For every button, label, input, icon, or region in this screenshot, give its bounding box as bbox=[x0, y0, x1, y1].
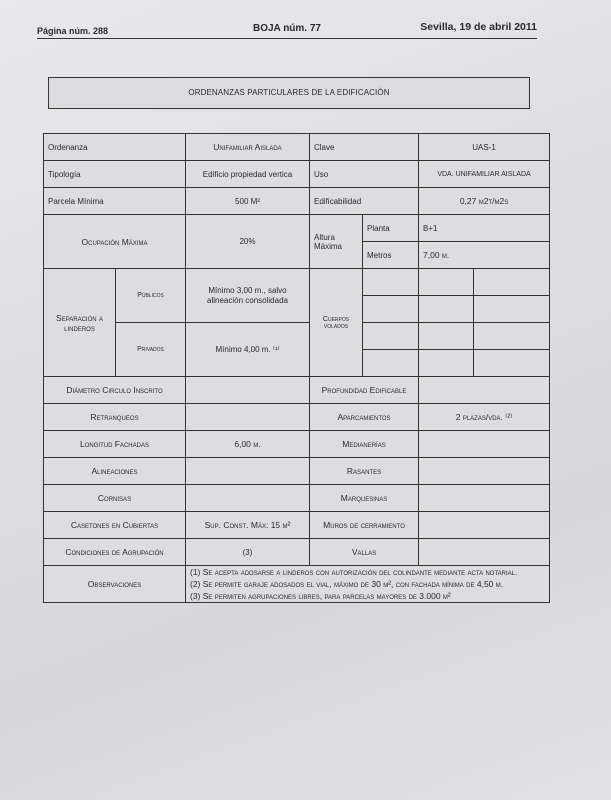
tipologia-label: Tipología bbox=[44, 161, 186, 188]
ordinance-table: Ordenanza Unifamiliar Aislada Clave UAS-… bbox=[43, 133, 550, 603]
table-row: Observaciones (1) Se acepta adosarse a l… bbox=[44, 566, 550, 603]
rasantes-value bbox=[419, 458, 550, 485]
cuerpos-cell bbox=[419, 296, 474, 323]
observation-note: (2) Se permite garaje adosados el vial, … bbox=[190, 578, 545, 590]
edificabilidad-label: Edificabilidad bbox=[310, 188, 419, 215]
metros-label: Metros bbox=[363, 242, 419, 269]
table-row: Alineaciones Rasantes bbox=[44, 458, 550, 485]
observation-note: (1) Se acepta adosarse a linderos con au… bbox=[190, 566, 545, 578]
uso-value: VDA. UNIFAMILIAR AISLADA bbox=[419, 161, 550, 188]
privados-value: Mínimo 4,00 m. ⁽¹⁾ bbox=[186, 323, 310, 377]
table-row: Parcela Mínima 500 M² Edificabilidad 0,2… bbox=[44, 188, 550, 215]
cornisas-value bbox=[186, 485, 310, 512]
cuerpos-cell bbox=[419, 269, 474, 296]
document-title-box: ORDENANZAS PARTICULARES DE LA EDIFICACIÓ… bbox=[48, 77, 530, 109]
page-number: Página núm. 288 bbox=[37, 26, 108, 36]
privados-label: Privados bbox=[116, 323, 186, 377]
clave-label: Clave bbox=[310, 134, 419, 161]
aparcamientos-value: 2 plazas/vda. ⁽²⁾ bbox=[419, 404, 550, 431]
observaciones-label: Observaciones bbox=[44, 566, 186, 603]
muros-value bbox=[419, 512, 550, 539]
separacion-label: Separación a linderos bbox=[44, 269, 116, 377]
table-row: Casetones en Cubiertas Sup. Const. Máx: … bbox=[44, 512, 550, 539]
publicos-value: Mínimo 3,00 m., salvo alineación consoli… bbox=[186, 269, 310, 323]
agrupacion-value: (3) bbox=[186, 539, 310, 566]
medianerias-value bbox=[419, 431, 550, 458]
cuerpos-cell bbox=[419, 350, 474, 377]
table-row: Diámetro Circulo Inscrito Profundidad Ed… bbox=[44, 377, 550, 404]
marquesinas-label: Marquesinas bbox=[310, 485, 419, 512]
table-row: Tipología Edificio propiedad vertica Uso… bbox=[44, 161, 550, 188]
vallas-label: Vallas bbox=[310, 539, 419, 566]
retranqueos-value bbox=[186, 404, 310, 431]
table-row: Separación a linderos Públicos Mínimo 3,… bbox=[44, 269, 550, 296]
profundidad-label: Profundidad Edificable bbox=[310, 377, 419, 404]
parcela-value: 500 M² bbox=[186, 188, 310, 215]
casetones-label: Casetones en Cubiertas bbox=[44, 512, 186, 539]
altura-label: Altura Máxima bbox=[310, 215, 363, 269]
uso-label: Uso bbox=[310, 161, 419, 188]
marquesinas-value bbox=[419, 485, 550, 512]
alineaciones-label: Alineaciones bbox=[44, 458, 186, 485]
document-title: ORDENANZAS PARTICULARES DE LA EDIFICACIÓ… bbox=[49, 88, 529, 97]
page-header: Página núm. 288 BOJA núm. 77 Sevilla, 19… bbox=[37, 22, 537, 39]
diametro-label: Diámetro Circulo Inscrito bbox=[44, 377, 186, 404]
medianerias-label: Medianerías bbox=[310, 431, 419, 458]
table-row: Cornisas Marquesinas bbox=[44, 485, 550, 512]
table-row: Longitud Fachadas 6,00 m. Medianerías bbox=[44, 431, 550, 458]
bulletin-number: BOJA núm. 77 bbox=[253, 23, 321, 34]
ordenanza-value: Unifamiliar Aislada bbox=[186, 134, 310, 161]
table-row: Condiciones de Agrupación (3) Vallas bbox=[44, 539, 550, 566]
ocupacion-label: Ocupación Máxima bbox=[44, 215, 186, 269]
table-row: Retranqueos Aparcamientos 2 plazas/vda. … bbox=[44, 404, 550, 431]
planta-value: B+1 bbox=[419, 215, 550, 242]
rasantes-label: Rasantes bbox=[310, 458, 419, 485]
cuerpos-cell bbox=[474, 269, 550, 296]
ordenanza-label: Ordenanza bbox=[44, 134, 186, 161]
cornisas-label: Cornisas bbox=[44, 485, 186, 512]
aparcamientos-label: Aparcamientos bbox=[310, 404, 419, 431]
cuerpos-cell bbox=[363, 350, 419, 377]
longitud-label: Longitud Fachadas bbox=[44, 431, 186, 458]
planta-label: Planta bbox=[363, 215, 419, 242]
cuerpos-cell bbox=[419, 323, 474, 350]
profundidad-value bbox=[419, 377, 550, 404]
table-row: Ordenanza Unifamiliar Aislada Clave UAS-… bbox=[44, 134, 550, 161]
parcela-label: Parcela Mínima bbox=[44, 188, 186, 215]
cuerpos-volados-label: Cuerpos volados bbox=[310, 269, 363, 377]
publicos-label: Públicos bbox=[116, 269, 186, 323]
cuerpos-cell bbox=[363, 296, 419, 323]
observaciones-notes: (1) Se acepta adosarse a linderos con au… bbox=[186, 566, 550, 603]
publication-date: Sevilla, 19 de abril 2011 bbox=[420, 21, 537, 33]
observation-note: (3) Se permiten agrupaciones libres, par… bbox=[190, 590, 545, 602]
metros-value: 7,00 m. bbox=[419, 242, 550, 269]
longitud-value: 6,00 m. bbox=[186, 431, 310, 458]
cuerpos-cell bbox=[474, 296, 550, 323]
ocupacion-value: 20% bbox=[186, 215, 310, 269]
diametro-value bbox=[186, 377, 310, 404]
clave-value: UAS-1 bbox=[419, 134, 550, 161]
table-row: Ocupación Máxima 20% Altura Máxima Plant… bbox=[44, 215, 550, 242]
cuerpos-cell bbox=[363, 323, 419, 350]
agrupacion-label: Condiciones de Agrupación bbox=[44, 539, 186, 566]
tipologia-value: Edificio propiedad vertica bbox=[186, 161, 310, 188]
vallas-value bbox=[419, 539, 550, 566]
cuerpos-cell bbox=[363, 269, 419, 296]
cuerpos-cell bbox=[474, 323, 550, 350]
casetones-value: Sup. Const. Máx: 15 m² bbox=[186, 512, 310, 539]
muros-label: Muros de cerramiento bbox=[310, 512, 419, 539]
alineaciones-value bbox=[186, 458, 310, 485]
document-page: Página núm. 288 BOJA núm. 77 Sevilla, 19… bbox=[0, 0, 611, 800]
retranqueos-label: Retranqueos bbox=[44, 404, 186, 431]
table-row: Privados Mínimo 4,00 m. ⁽¹⁾ bbox=[44, 323, 550, 350]
cuerpos-cell bbox=[474, 350, 550, 377]
edificabilidad-value: 0,27 m2t/m2s bbox=[419, 188, 550, 215]
